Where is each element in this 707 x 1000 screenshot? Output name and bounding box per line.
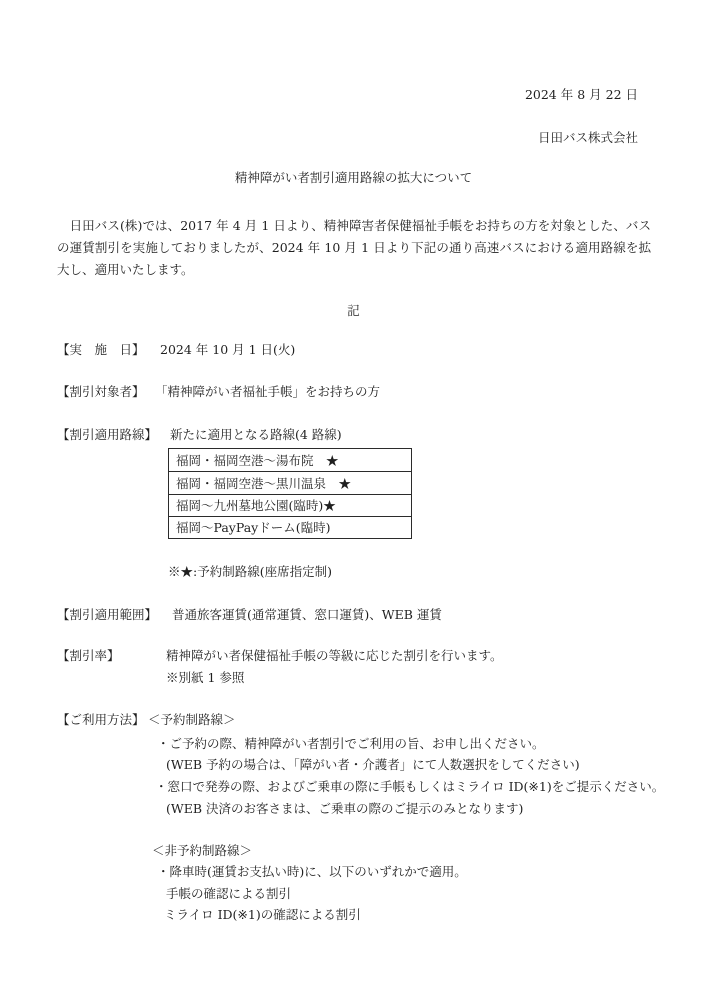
applicable-routes-label: 【割引適用路線】: [57, 427, 157, 442]
usage-line: (WEB 予約の場合は、「障がい者・介護者」にて人数選択をしてください): [166, 757, 580, 772]
implementation-date-value: 2024 年 10 月 1 日(火): [160, 342, 295, 357]
company-name: 日田バス株式会社: [538, 130, 638, 145]
scope-label: 【割引適用範囲】: [57, 607, 157, 622]
usage-line: ・ご予約の際、精神障がい者割引でご利用の旨、お申し出ください。: [157, 736, 545, 751]
document-page: 2024 年 8 月 22 日 日田バス株式会社 精神障がい者割引適用路線の拡大…: [0, 0, 707, 1000]
document-title: 精神障がい者割引適用路線の拡大について: [0, 170, 707, 185]
route-row: 福岡・福岡空港～湯布院 ★: [169, 449, 411, 471]
applicable-routes-heading: 新たに適用となる路線(4 路線): [170, 427, 342, 442]
route-row: 福岡・福岡空港～黒川温泉 ★: [169, 471, 411, 493]
routes-table: 福岡・福岡空港～湯布院 ★ 福岡・福岡空港～黒川温泉 ★ 福岡～九州墓地公園(臨…: [168, 448, 412, 539]
usage-line: 手帳の確認による割引: [166, 886, 291, 901]
usage-label: 【ご利用方法】: [57, 712, 145, 727]
intro-paragraph: 日田バス(株)では、2017 年 4 月 1 日より、精神障害者保健福祉手帳をお…: [57, 215, 651, 281]
eligible-person-label: 【割引対象者】: [57, 384, 145, 399]
usage-line: ・降車時(運賃お支払い時)に、以下のいずれかで適用。: [157, 864, 467, 879]
reservation-note: ※★:予約制路線(座席指定制): [168, 564, 332, 579]
discount-rate-value: 精神障がい者保健福祉手帳の等級に応じた割引を行います。: [166, 648, 503, 663]
record-mark: 記: [0, 303, 707, 318]
discount-rate-label: 【割引率】: [57, 648, 120, 663]
usage-line: ミライロ ID(※1)の確認による割引: [164, 907, 361, 922]
route-row: 福岡～PayPayドーム(臨時): [169, 516, 411, 538]
scope-value: 普通旅客運賃(通常運賃、窓口運賃)、WEB 運賃: [172, 607, 442, 622]
implementation-date-label: 【実 施 日】: [57, 342, 145, 357]
non-reserved-routes-heading: ＜非予約制路線＞: [152, 843, 252, 858]
usage-line: (WEB 決済のお客さまは、ご乗車の際のご提示のみとなります): [166, 801, 523, 816]
discount-rate-note: ※別紙 1 参照: [166, 670, 244, 685]
route-row: 福岡～九州墓地公園(臨時)★: [169, 494, 411, 516]
usage-line: ・窓口で発券の際、およびご乗車の際に手帳もしくはミライロ ID(※1)をご提示く…: [155, 779, 664, 794]
reserved-routes-heading: ＜予約制路線＞: [148, 712, 236, 727]
document-date: 2024 年 8 月 22 日: [525, 87, 638, 102]
eligible-person-value: 「精神障がい者福祉手帳」をお持ちの方: [155, 384, 380, 399]
